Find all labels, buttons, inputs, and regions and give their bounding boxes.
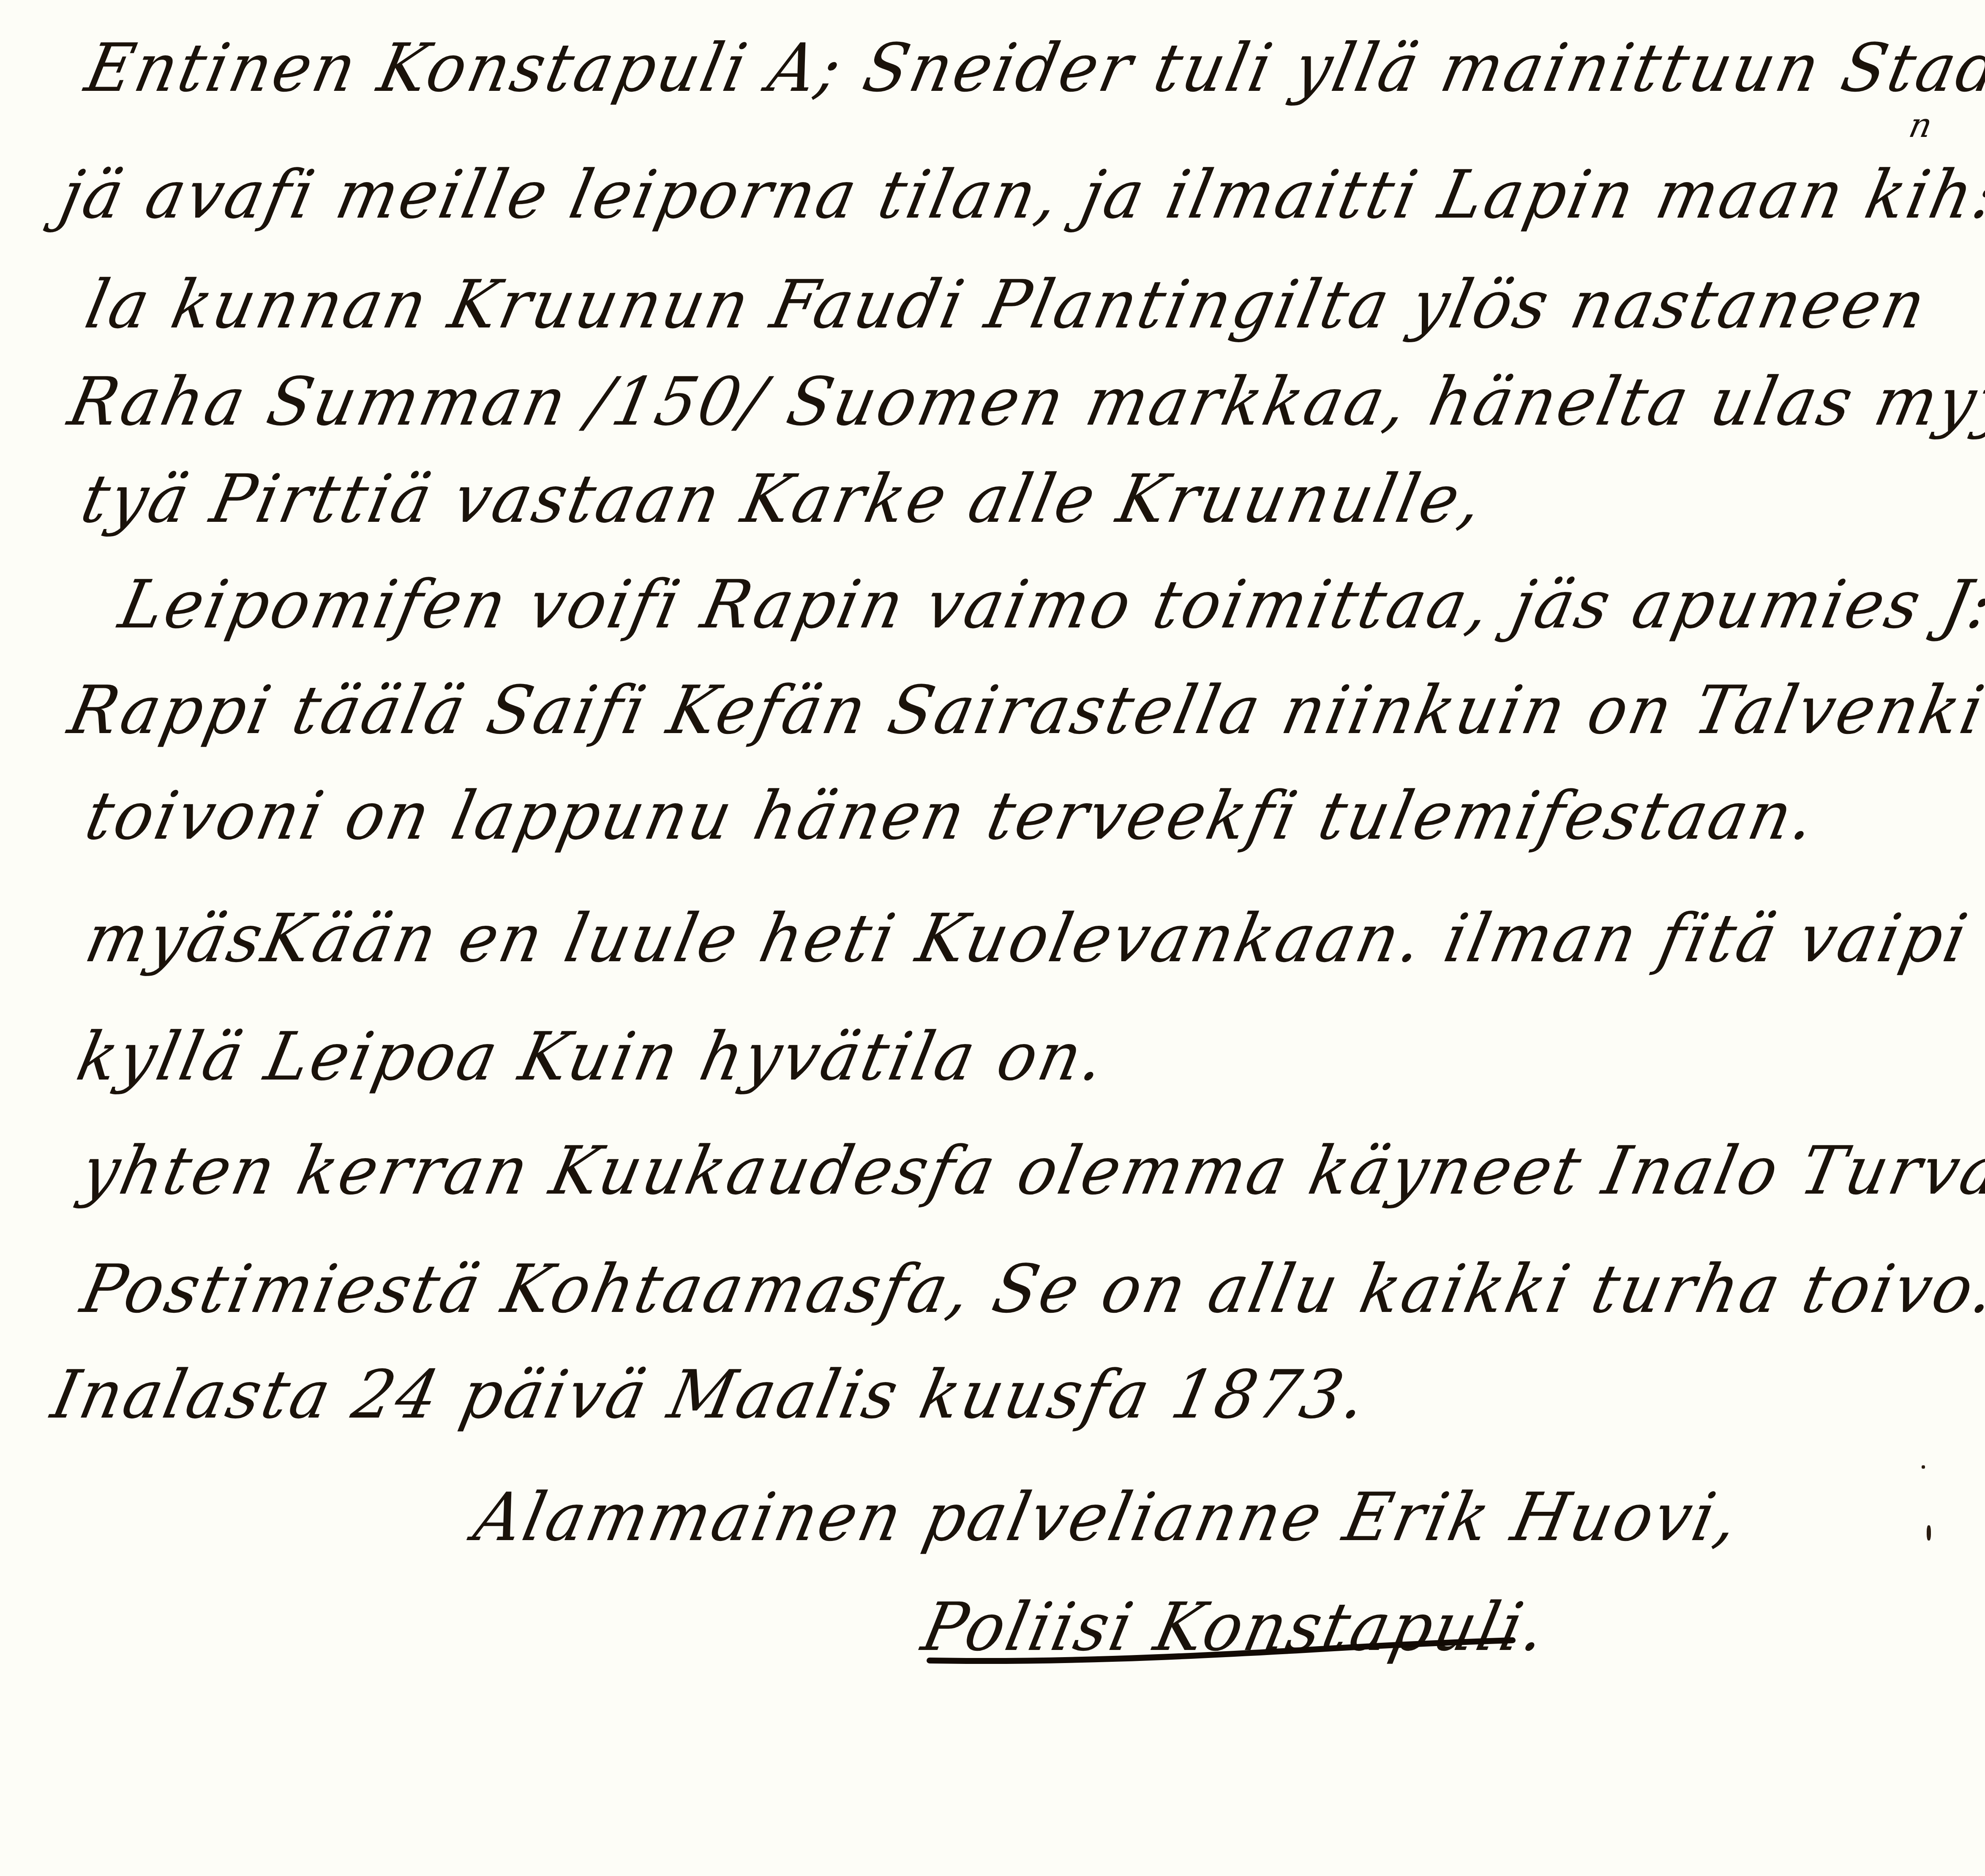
dateline: Inalasta 24 päivä Maalis kuusfa 1873. bbox=[46, 1362, 1374, 1429]
ink-speck bbox=[1927, 1525, 1931, 1541]
signature-underline-icon bbox=[925, 1631, 1517, 1669]
body-line-9: myäsKään en luule heti Kuolevankaan. ilm… bbox=[80, 905, 1975, 972]
body-line-10: kyllä Leipoa Kuin hyvätila on. bbox=[72, 1024, 1112, 1091]
closing-signature: Alammainen palvelianne Erik Huovi, bbox=[469, 1484, 1746, 1551]
body-line-1: Entinen Konstapuli A; Sneider tuli yllä … bbox=[80, 35, 1985, 102]
letter-page: Entinen Konstapuli A; Sneider tuli yllä … bbox=[0, 0, 1985, 1876]
ink-speck bbox=[1922, 1465, 1925, 1469]
body-line-12: Postimiestä Kohtaamasfa, Se on allu kaik… bbox=[76, 1256, 1985, 1323]
body-line-7: Rappi täälä Saifi Kefän Sairastella niin… bbox=[63, 677, 1985, 744]
line-1-continuation-mark: n bbox=[1906, 106, 1936, 145]
body-line-5: tyä Pirttiä vastaan Karke alle Kruunulle… bbox=[76, 466, 1490, 533]
body-line-3: la kunnan Kruunun Faudi Plantingilta ylö… bbox=[80, 272, 1933, 338]
body-line-4: Raha Summan /150/ Suomen markkaa, hänelt… bbox=[63, 369, 1985, 436]
body-line-8: toivoni on lappunu hänen terveekfi tulem… bbox=[80, 783, 1823, 850]
body-line-11: yhten kerran Kuukaudesfa olemma käyneet … bbox=[76, 1138, 1985, 1205]
body-line-6: Leipomifen voifi Rapin vaimo toimittaa, … bbox=[114, 572, 1985, 638]
body-line-2: jä avafi meille leiporna tilan, ja ilmai… bbox=[55, 162, 1985, 229]
